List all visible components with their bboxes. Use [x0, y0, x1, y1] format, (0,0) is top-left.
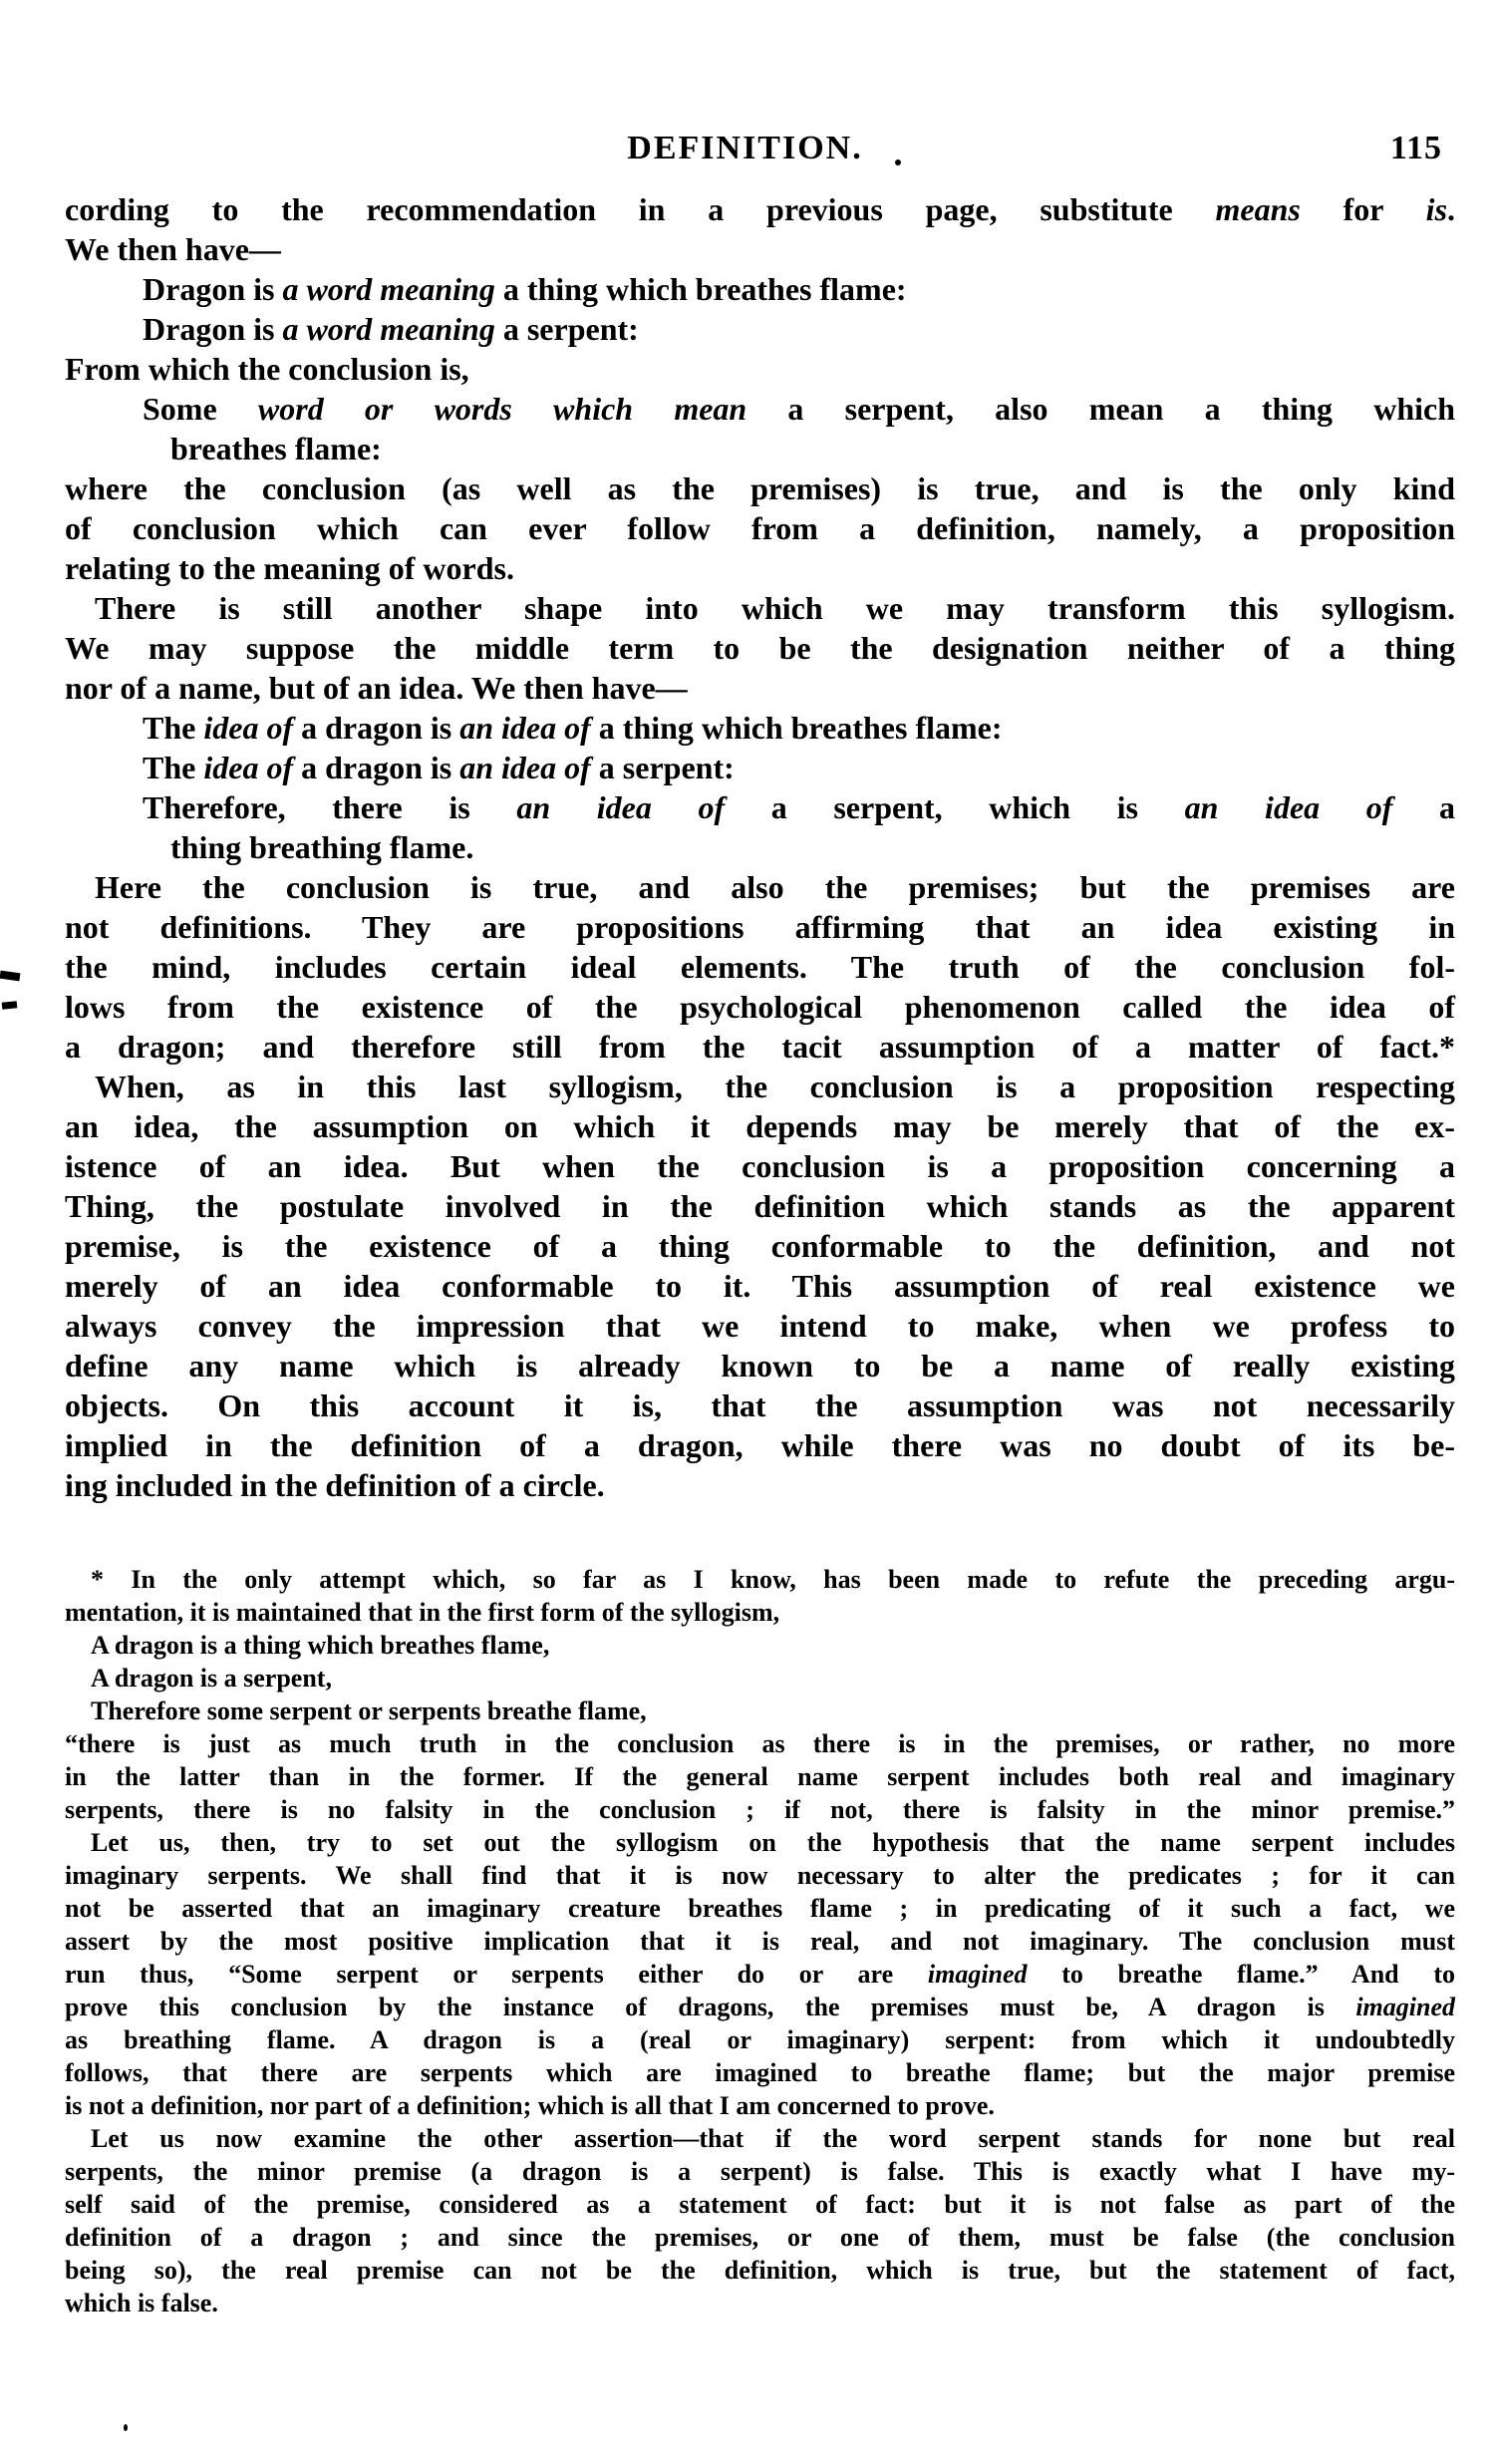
text-line: define any name which is already known t…: [65, 1346, 1455, 1386]
text-line: A dragon is a thing which breathes flame…: [91, 1629, 1455, 1662]
text-line: an idea, the assumption on which it depe…: [65, 1106, 1455, 1146]
text-line: cording to the recommendation in a previ…: [65, 189, 1455, 229]
text-line: in the latter than in the former. If the…: [65, 1760, 1455, 1793]
text-line: A dragon is a serpent,: [91, 1662, 1455, 1694]
text-line: is not a definition, nor part of a defin…: [65, 2089, 1455, 2122]
text-line: thing breathing flame.: [170, 827, 1455, 867]
scanned-book-page: DEFINITION. 115 cording to the recommend…: [0, 0, 1490, 2464]
text-line: implied in the definition of a dragon, w…: [65, 1425, 1455, 1465]
text-line: lows from the existence of the psycholog…: [65, 987, 1455, 1027]
text-line: premise, is the existence of a thing con…: [65, 1226, 1455, 1266]
text-line: We may suppose the middle term to be the…: [65, 628, 1455, 668]
text-line: not definitions. They are propositions a…: [65, 907, 1455, 947]
text-line: Thing, the postulate involved in the def…: [65, 1186, 1455, 1226]
text-line: serpents, the minor premise (a dragon is…: [65, 2155, 1455, 2188]
text-line: as breathing flame. A dragon is a (real …: [65, 2023, 1455, 2056]
text-line: always convey the impression that we int…: [65, 1306, 1455, 1346]
text-line: Dragon is a word meaning a serpent:: [143, 309, 1455, 349]
text-line: mentation, it is maintained that in the …: [65, 1596, 1455, 1629]
text-line: merely of an idea conformable to it. Thi…: [65, 1266, 1455, 1306]
text-line: being so), the real premise can not be t…: [65, 2254, 1455, 2287]
text-line: When, as in this last syllogism, the con…: [95, 1067, 1455, 1106]
scan-artifact: [124, 2424, 128, 2431]
text-line: Here the conclusion is true, and also th…: [95, 867, 1455, 907]
text-line: nor of a name, but of an idea. We then h…: [65, 668, 1455, 708]
text-line: istence of an idea. But when the conclus…: [65, 1146, 1455, 1186]
text-line: definition of a dragon ; and since the p…: [65, 2221, 1455, 2254]
text-line: the mind, includes certain ideal element…: [65, 947, 1455, 987]
text-line: We then have—: [65, 229, 1455, 269]
text-line: The idea of a dragon is an idea of a ser…: [143, 748, 1455, 787]
running-header-title: DEFINITION.: [0, 128, 1490, 169]
text-line: Therefore, there is an idea of a serpent…: [143, 787, 1455, 827]
text-line: Some word or words which mean a serpent,…: [143, 389, 1455, 429]
text-line: self said of the premise, considered as …: [65, 2188, 1455, 2221]
text-line: run thus, “Some serpent or serpents eith…: [65, 1958, 1455, 1991]
text-line: assert by the most positive implication …: [65, 1925, 1455, 1958]
text-line: relating to the meaning of words.: [65, 548, 1455, 588]
footnote-text: * In the only attempt which, so far as I…: [65, 1563, 1455, 2319]
text-line: “there is just as much truth in the conc…: [65, 1727, 1455, 1760]
text-line: a dragon; and therefore still from the t…: [65, 1027, 1455, 1067]
text-line: of conclusion which can ever follow from…: [65, 508, 1455, 548]
text-line: follows, that there are serpents which a…: [65, 2056, 1455, 2089]
text-line: imaginary serpents. We shall find that i…: [65, 1859, 1455, 1892]
text-line: Therefore some serpent or serpents breat…: [91, 1694, 1455, 1727]
text-line: objects. On this account it is, that the…: [65, 1386, 1455, 1425]
text-line: Let us now examine the other assertion—t…: [91, 2122, 1455, 2155]
scan-artifact: [0, 971, 20, 982]
text-line: There is still another shape into which …: [95, 588, 1455, 628]
scan-artifact: [895, 159, 901, 165]
text-line: Dragon is a word meaning a thing which b…: [143, 269, 1455, 309]
text-line: ing included in the definition of a circ…: [65, 1465, 1455, 1505]
text-line: serpents, there is no falsity in the con…: [65, 1793, 1455, 1826]
text-line: not be asserted that an imaginary creatu…: [65, 1892, 1455, 1925]
text-line: which is false.: [65, 2287, 1455, 2319]
text-line: From which the conclusion is,: [65, 349, 1455, 389]
text-line: prove this conclusion by the instance of…: [65, 1991, 1455, 2023]
page-number: 115: [1390, 128, 1442, 169]
text-line: where the conclusion (as well as the pre…: [65, 468, 1455, 508]
text-line: breathes flame:: [170, 429, 1455, 468]
body-text: cording to the recommendation in a previ…: [65, 189, 1455, 1505]
text-line: * In the only attempt which, so far as I…: [91, 1563, 1455, 1596]
text-line: The idea of a dragon is an idea of a thi…: [143, 708, 1455, 748]
text-line: Let us, then, try to set out the syllogi…: [91, 1826, 1455, 1859]
scan-artifact: [2, 1001, 18, 1010]
